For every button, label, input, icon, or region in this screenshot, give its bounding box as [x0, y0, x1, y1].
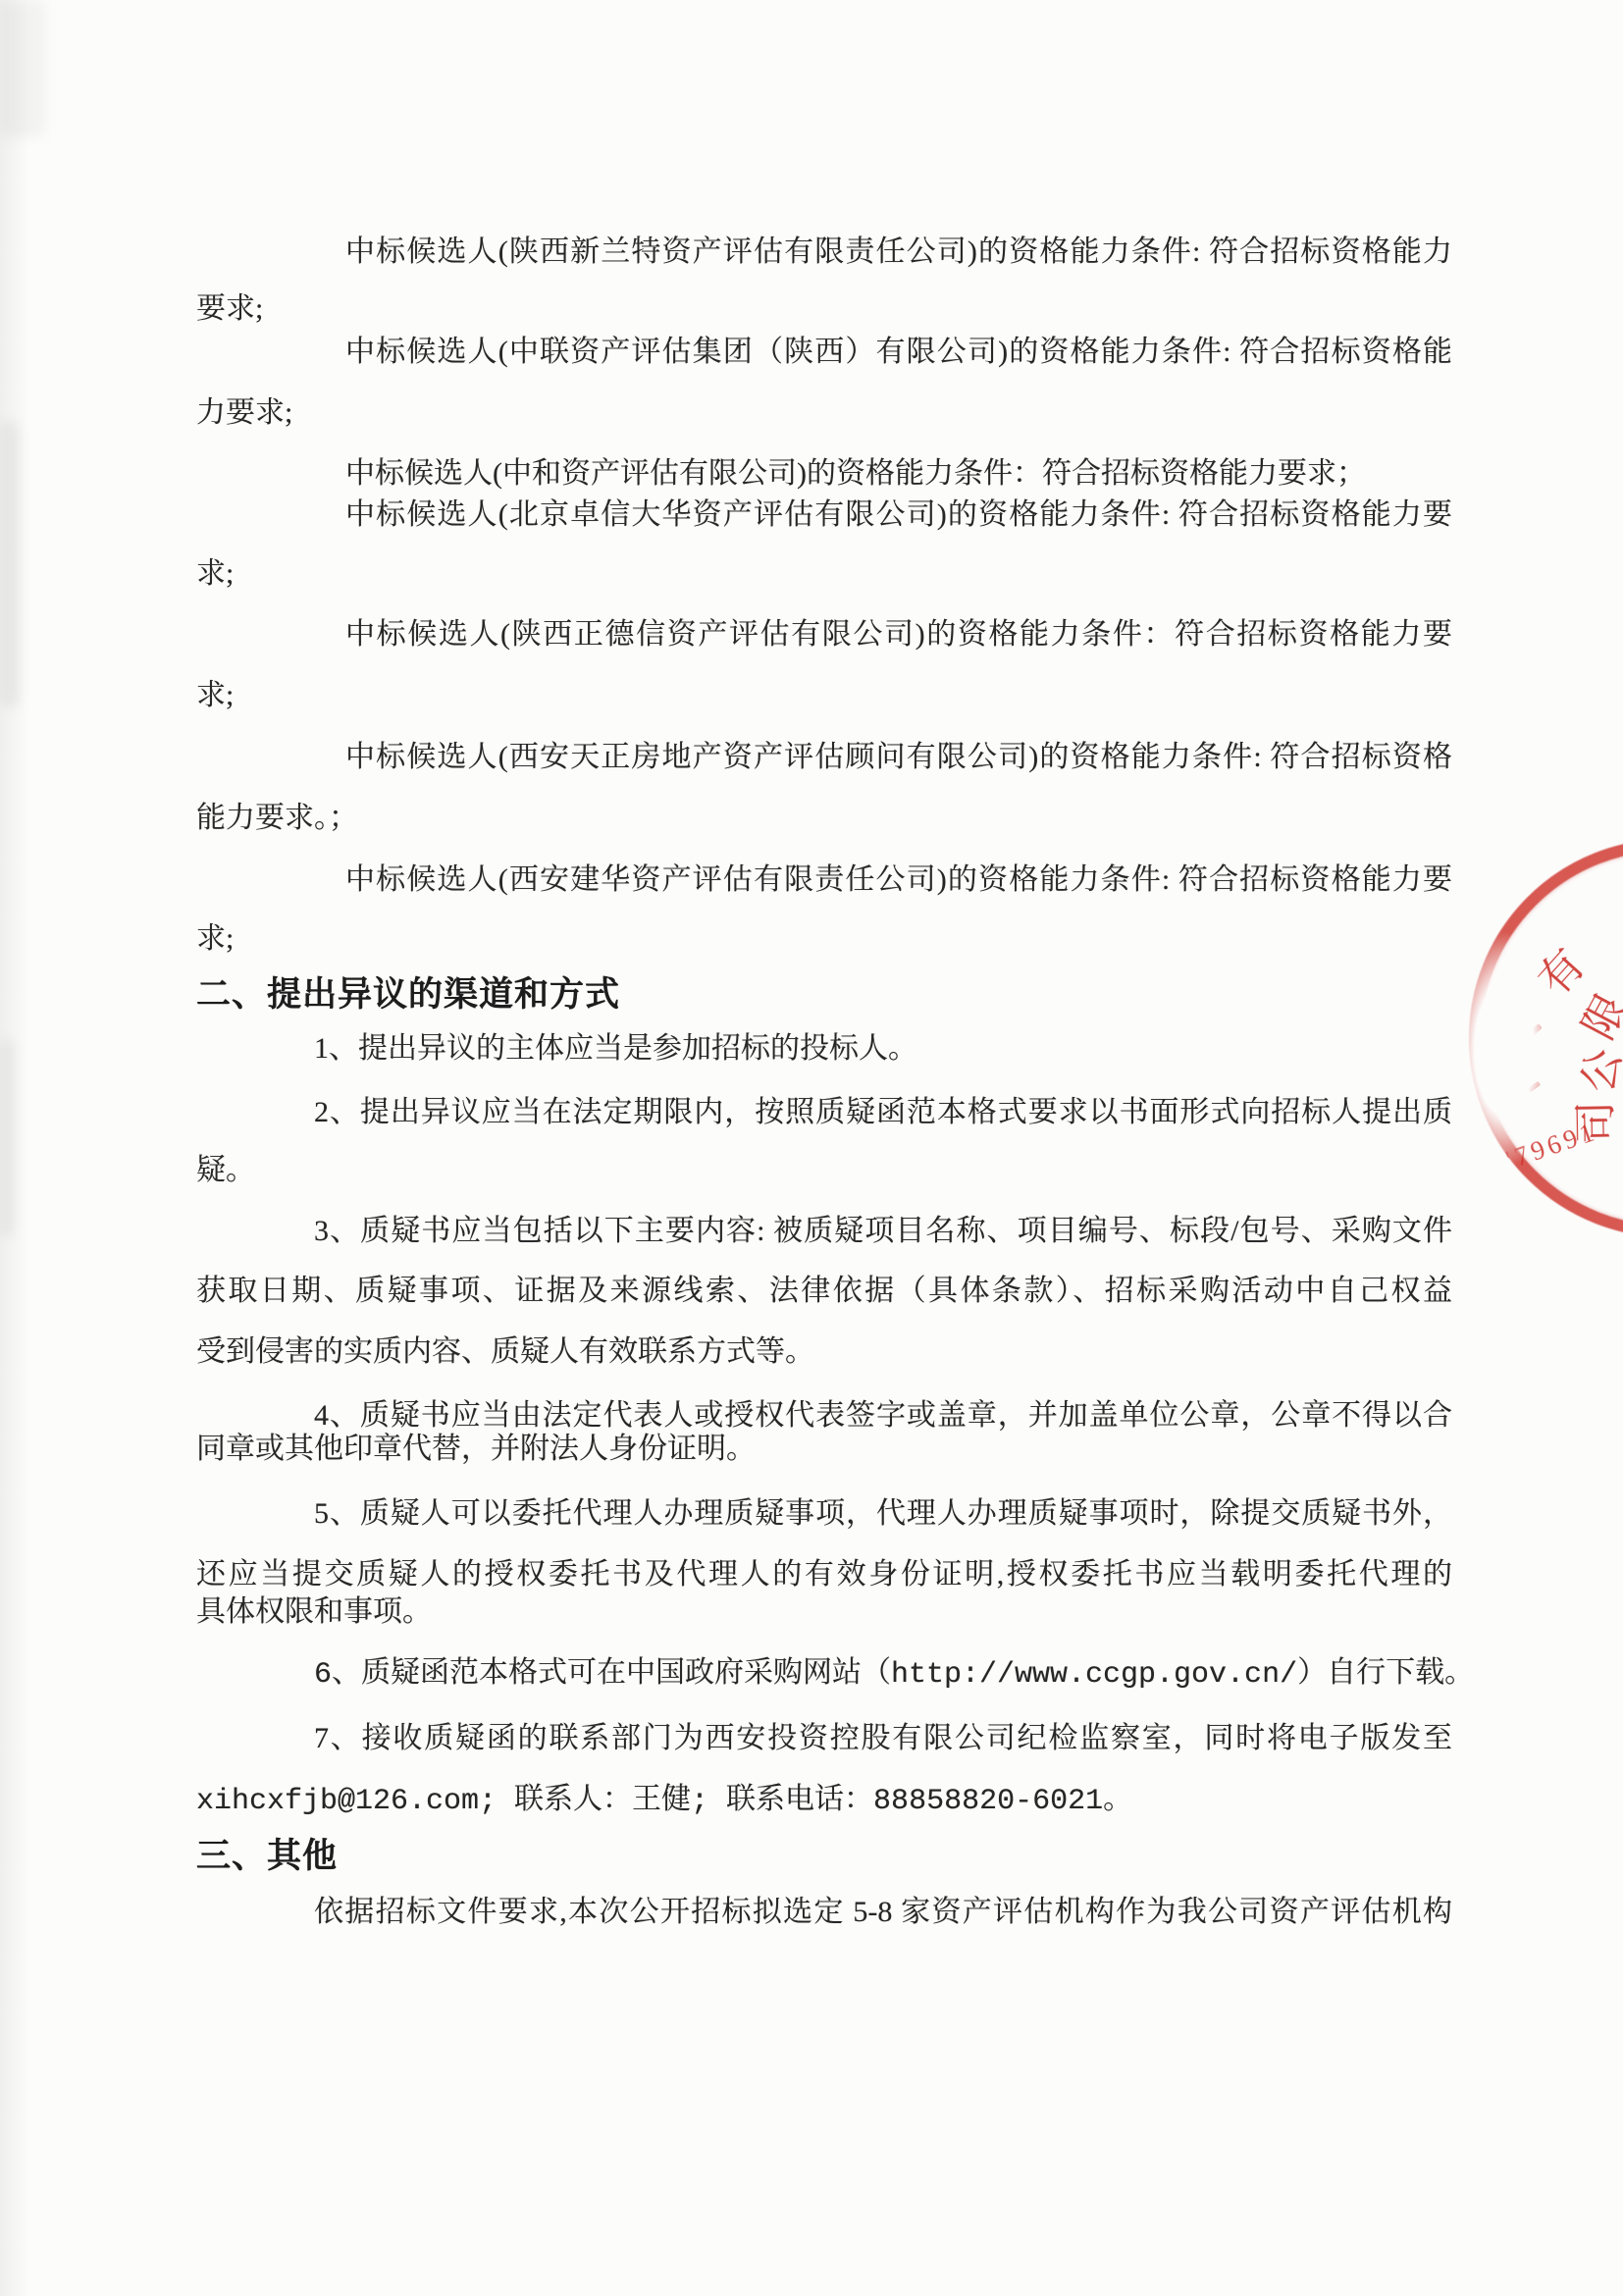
- doc-line: 7、接收质疑函的联系部门为西安投资控股有限公司纪检监察室，同时将电子版发至: [196, 1722, 1452, 1756]
- doc-line: 中标候选人(陕西新兰特资产评估有限责任公司)的资格能力条件: 符合招标资格能力: [196, 235, 1452, 270]
- scan-smudge: [0, 1040, 14, 1236]
- section-heading-2: 二、提出异议的渠道和方式: [196, 975, 1452, 1015]
- doc-line: 中标候选人(北京卓信大华资产评估有限公司)的资格能力条件: 符合招标资格能力要: [196, 498, 1452, 533]
- doc-line-contact: xihcxfjb@126.com; 联系人：王健; 联系电话：88858820-…: [196, 1785, 1452, 1819]
- doc-line: 具体权限和事项。: [196, 1595, 1452, 1630]
- seal-char: 司: [1560, 1100, 1623, 1144]
- document-page: 中标候选人(陕西新兰特资产评估有限责任公司)的资格能力条件: 符合招标资格能力 …: [0, 0, 1623, 2296]
- doc-line: 中标候选人(中和资产评估有限公司)的资格能力条件：符合招标资格能力要求；: [196, 457, 1452, 492]
- seal-ink-speck: [1526, 1023, 1543, 1039]
- doc-line: 求;: [196, 922, 1452, 957]
- doc-line: 求;: [196, 557, 1452, 592]
- doc-line: 获取日期、质疑事项、证据及来源线索、法律依据（具体条款）、招标采购活动中自己权益: [196, 1275, 1452, 1309]
- doc-line: 还应当提交质疑人的授权委托书及代理人的有效身份证明,授权委托书应当载明委托代理的: [196, 1558, 1452, 1592]
- seal-char: 限: [1563, 981, 1623, 1049]
- seal-serial-number: '79691: [1502, 1116, 1601, 1175]
- doc-line: 中标候选人(西安天正房地产资产评估顾问有限公司)的资格能力条件: 符合招标资格: [196, 741, 1452, 775]
- doc-line: 1、提出异议的主体应当是参加招标的投标人。: [196, 1032, 1452, 1067]
- doc-line: 中标候选人(陕西正德信资产评估有限公司)的资格能力条件：符合招标资格能力要: [196, 618, 1452, 652]
- doc-line: 3、质疑书应当包括以下主要内容: 被质疑项目名称、项目编号、标段/包号、采购文件: [196, 1215, 1452, 1249]
- doc-line: 受到侵害的实质内容、质疑人有效联系方式等。: [196, 1335, 1452, 1370]
- doc-line: 疑。: [196, 1154, 1452, 1188]
- scan-smudge: [0, 0, 45, 137]
- seal-ring-icon: [1469, 839, 1623, 1237]
- seal-char: 有: [1520, 932, 1596, 1007]
- doc-line: 力要求;: [196, 396, 1452, 431]
- seal-ink-speck: [1528, 1081, 1541, 1093]
- doc-line: 5、质疑人可以委托代理人办理质疑事项，代理人办理质疑事项时，除提交质疑书外，: [196, 1497, 1452, 1532]
- doc-line: 2、提出异议应当在法定期限内，按照质疑函范本格式要求以书面形式向招标人提出质: [196, 1096, 1452, 1130]
- doc-line: 同章或其他印章代替，并附法人身份证明。: [196, 1433, 1452, 1467]
- section-heading-3: 三、其他: [196, 1837, 1452, 1876]
- doc-line: 依据招标文件要求,本次公开招标拟选定 5-8 家资产评估机构作为我公司资产评估机…: [196, 1896, 1452, 1930]
- doc-line: 能力要求。；: [196, 802, 1452, 836]
- doc-line-url: 6、质疑函范本格式可在中国政府采购网站（http://www.ccgp.gov.…: [196, 1658, 1452, 1693]
- seal-ink-fade: [1450, 932, 1558, 1168]
- doc-line: 要求;: [196, 292, 1452, 327]
- doc-line: 中标候选人(西安建华资产评估有限责任公司)的资格能力条件: 符合招标资格能力要: [196, 863, 1452, 898]
- doc-line: 求;: [196, 679, 1452, 713]
- doc-line: 中标候选人(中联资产评估集团（陕西）有限公司)的资格能力条件: 符合招标资格能: [196, 336, 1452, 370]
- scan-smudge: [0, 422, 20, 706]
- doc-line: 4、质疑书应当由法定代表人或授权代表签字或盖章，并加盖单位公章，公章不得以合: [196, 1399, 1452, 1434]
- seal-char: 公: [1562, 1041, 1623, 1098]
